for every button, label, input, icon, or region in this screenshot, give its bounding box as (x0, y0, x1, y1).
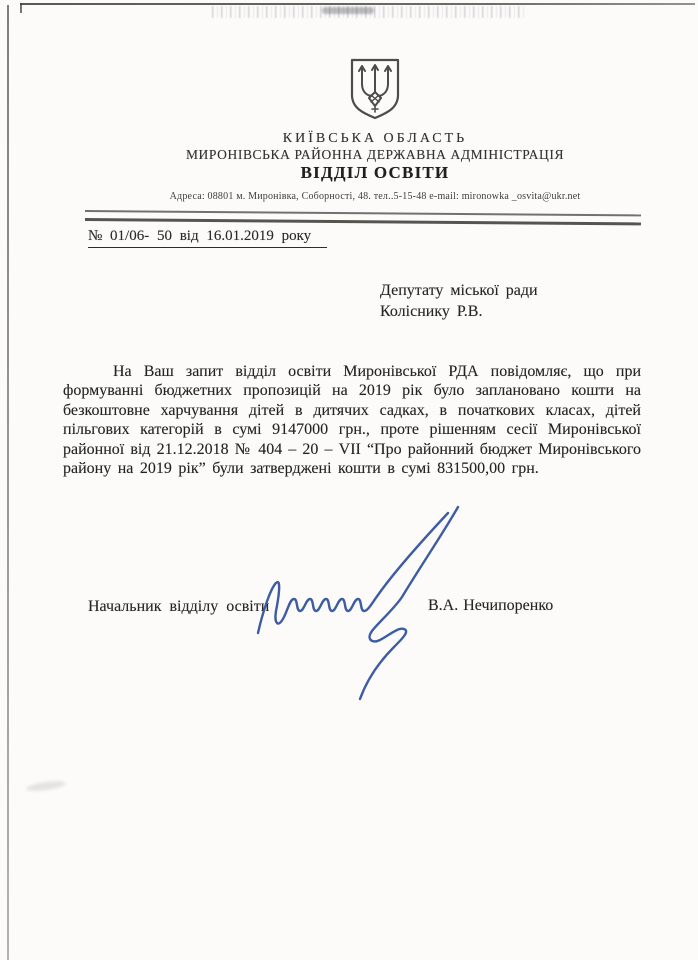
body-line: безкоштовне харчування дітей в дитячих с… (63, 401, 641, 420)
letterhead-divider (85, 210, 641, 225)
ukraine-trident-shield-icon (347, 57, 403, 121)
body-line: На Ваш запит відділ освіти Миронівської … (63, 362, 641, 381)
scan-smudge (26, 779, 67, 792)
body-line: районної від 21.12.2018 № 404 – 20 – VII… (63, 440, 641, 459)
scan-top-border (20, 3, 695, 5)
letterhead-region: КИЇВСЬКА ОБЛАСТЬ (52, 131, 698, 147)
scan-cutoff-text-artifact-dark (322, 7, 374, 14)
body-line: формуванні бюджетних пропозицій на 2019 … (63, 381, 641, 400)
letterhead-department: ВІДДІЛ ОСВІТИ (52, 163, 698, 183)
letterhead-address: Адреса: 08801 м. Миронівка, Соборності, … (52, 191, 698, 202)
recipient-line-2: Коліснику Р.В. (380, 301, 538, 322)
signatory-name: В.А. Нечипоренко (428, 597, 553, 615)
letterhead-organization: МИРОНІВСЬКА РАЙОННА ДЕРЖАВНА АДМІНІСТРАЦ… (52, 147, 698, 163)
recipient-block: Депутату міської ради Коліснику Р.В. (380, 280, 538, 322)
body-line: району на 2019 рік” були затверджені кош… (63, 459, 641, 478)
body-line: пільгових категорій в сумі 9147000 грн.,… (63, 420, 641, 439)
reference-number-line: № 01/06- 50 від 16.01.2019 року (88, 228, 327, 248)
scan-top-left-corner (20, 3, 22, 13)
scanned-letter: КИЇВСЬКА ОБЛАСТЬ МИРОНІВСЬКА РАЙОННА ДЕР… (0, 0, 698, 960)
recipient-line-1: Депутату міської ради (380, 280, 538, 301)
letter-body: На Ваш запит відділ освіти Миронівської … (63, 362, 641, 478)
signatory-title: Начальник відділу освіти (88, 598, 269, 616)
scan-left-border (7, 5, 9, 960)
